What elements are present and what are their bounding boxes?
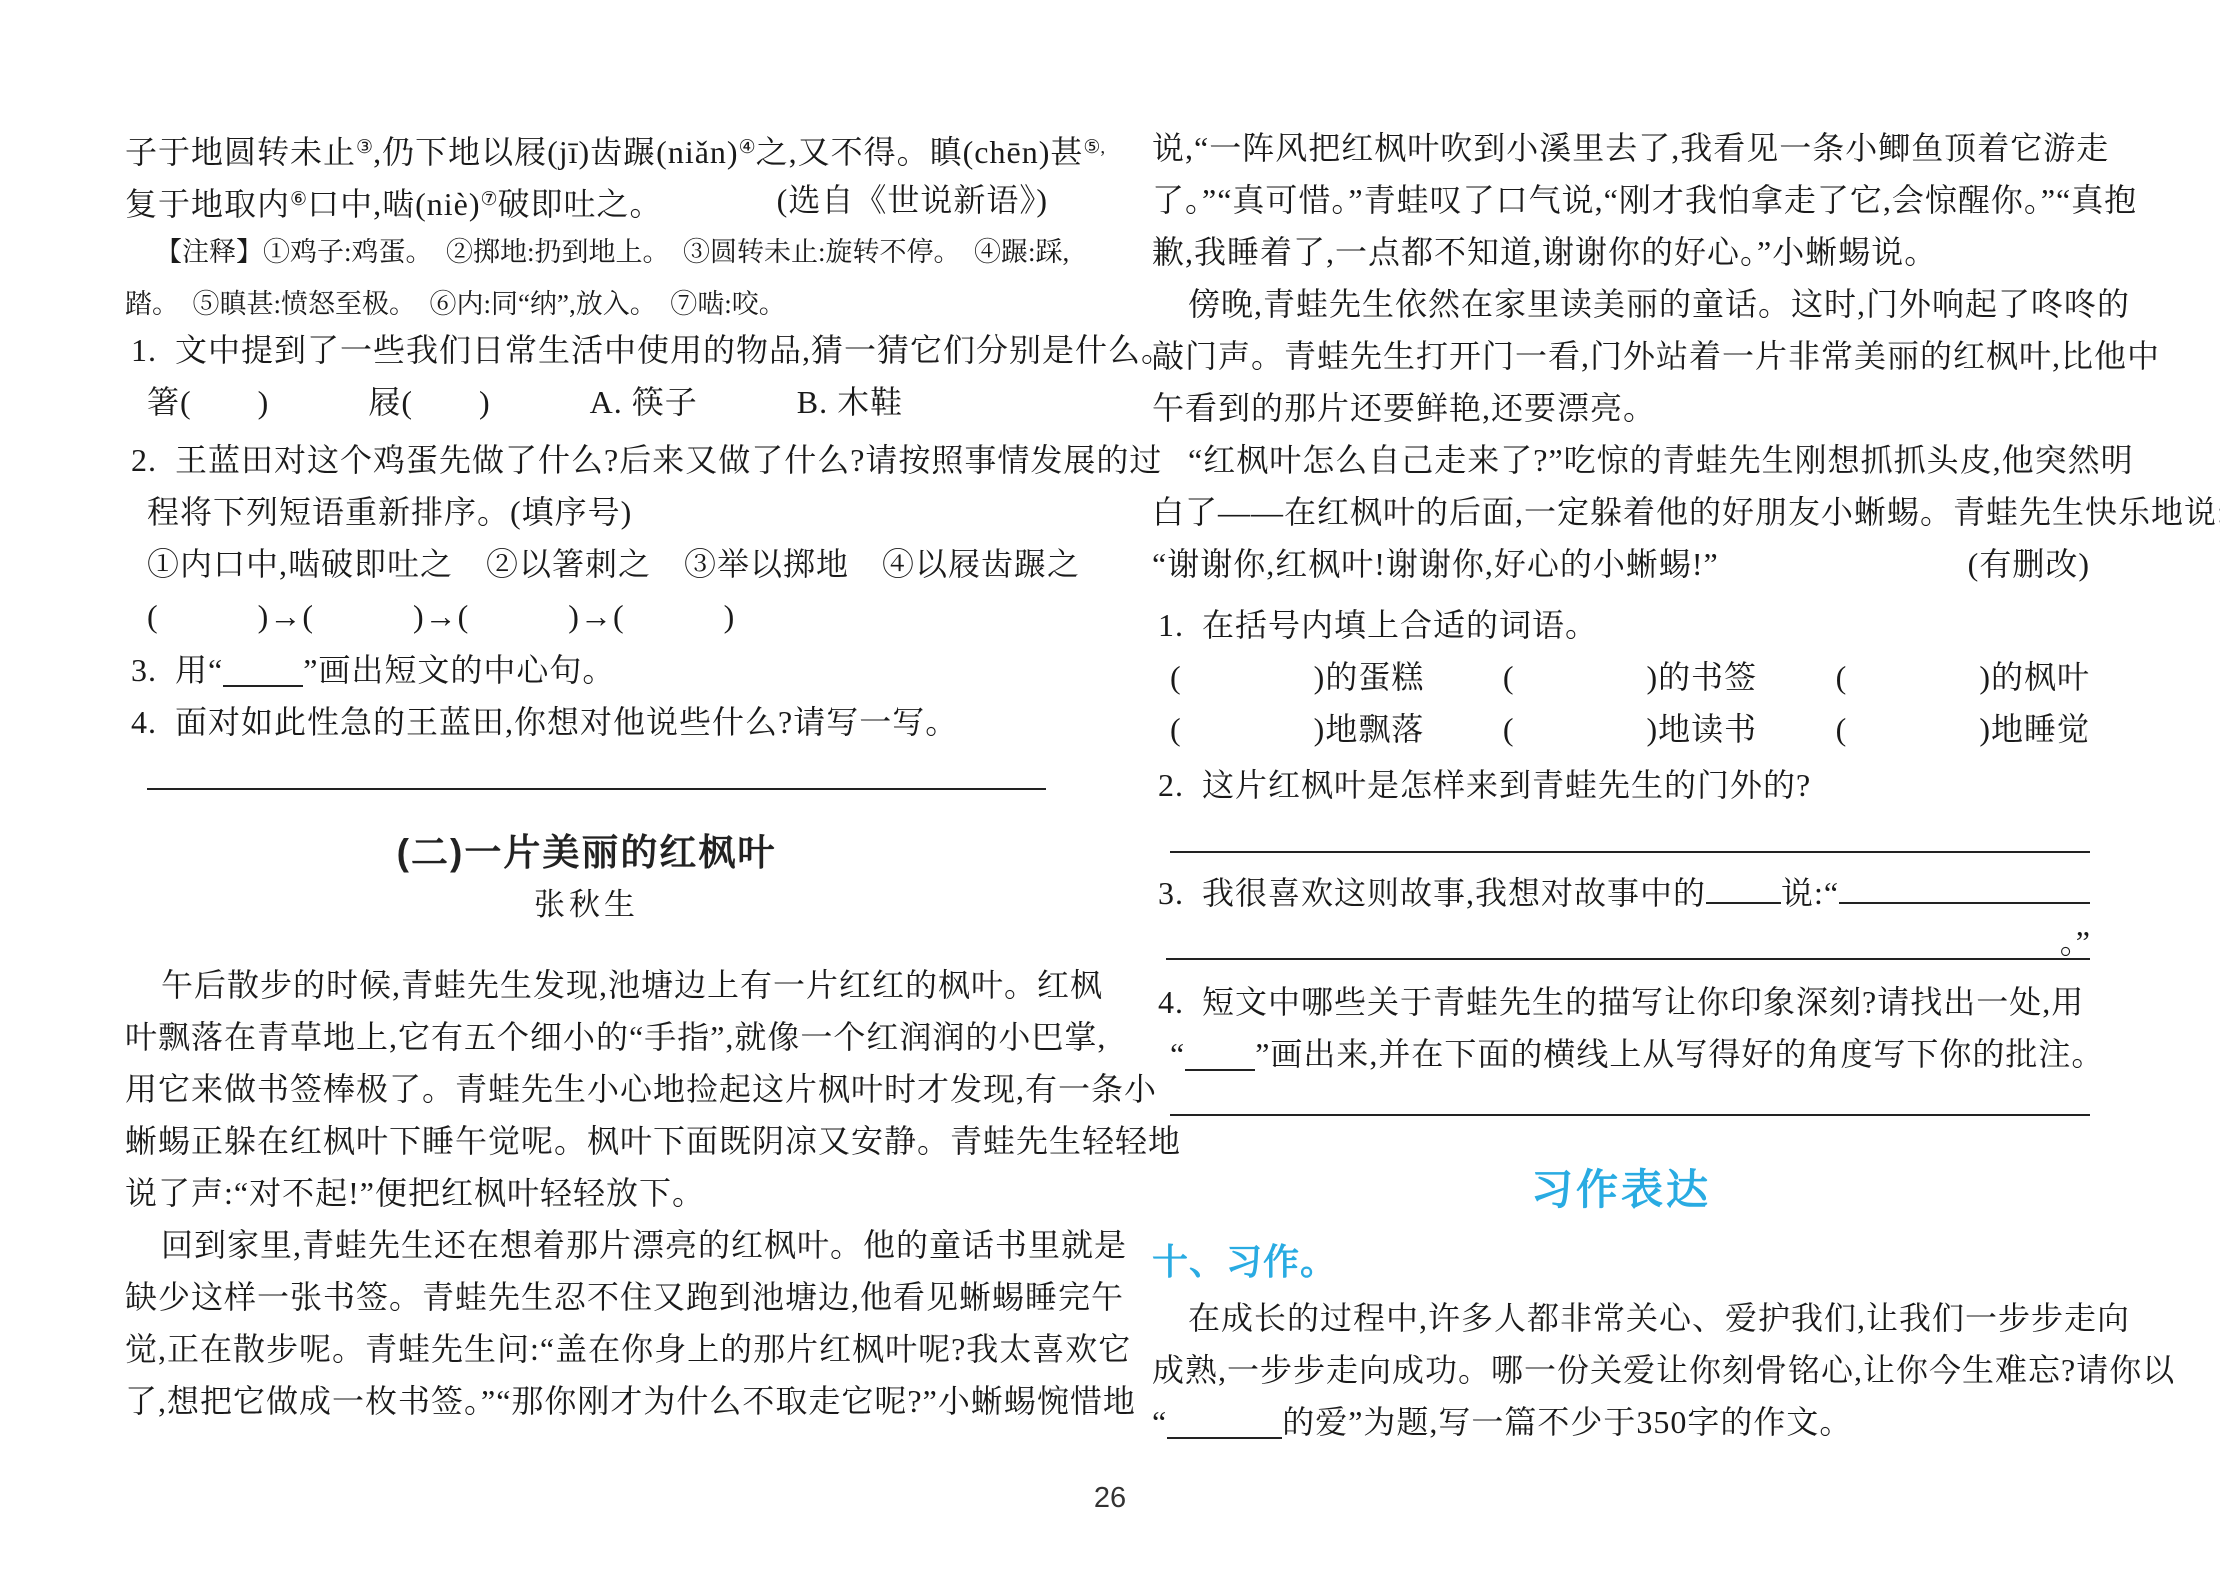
answer-line <box>147 788 1046 790</box>
passage-text: “谢谢你,红枫叶!谢谢你,好心的小蜥蜴!” <box>1152 538 1719 590</box>
question-text: 用“ <box>175 652 223 688</box>
question-text: 在括号内填上合适的词语。 <box>1202 599 1598 651</box>
passage-line: 复于地取内⑥口中,啮(niè)⑦破即吐之。 (选自《世说新语》) <box>125 174 1048 226</box>
page-number: 26 <box>0 1478 2220 1518</box>
blank-line <box>1167 1437 1282 1439</box>
note-ref-6: ⑥ <box>290 189 307 210</box>
question-text: 用“”画出短文的中心句。 <box>175 644 615 696</box>
fill-in-item: ( )的蛋糕 <box>1170 651 1424 703</box>
passage-line: “红枫叶怎么自己走来了?”吃惊的青蛙先生刚想抓抓头皮,他突然明 <box>1152 434 2090 486</box>
r-question-4: 4. 短文中哪些关于青蛙先生的描写让你印象深刻?请找出一处,用 “”画出来,并在… <box>1152 976 2090 1080</box>
blank-line <box>1185 1069 1255 1071</box>
question-3: 3. 用“”画出短文的中心句。 <box>125 644 1048 696</box>
annotations: 【注释】①鸡子:鸡蛋。 ②掷地:扔到地上。 ③圆转未止:旋转不停。 ④蹍:踩, … <box>125 226 1048 330</box>
question-text: 说:“ <box>1781 867 1839 919</box>
prompt-text: “ <box>1152 1404 1167 1440</box>
passage-text: 子于地圆转未止 <box>125 134 356 170</box>
prompt-line: “的爱”为题,写一篇不少于350字的作文。 <box>1152 1396 2090 1448</box>
question-number: 3. <box>125 644 175 696</box>
question-number: 3. <box>1152 867 1202 919</box>
reading2-author: 张秋生 <box>125 882 1048 928</box>
question-number: 4. <box>1152 976 1202 1028</box>
r-question-2: 2. 这片红枫叶是怎样来到青蛙先生的门外的? <box>1152 759 2090 811</box>
question-1: 1. 文中提到了一些我们日常生活中使用的物品,猜一猜它们分别是什么。 箸( ) … <box>125 324 1048 428</box>
passage-line: 说了声:“对不起!”便把红枫叶轻轻放下。 <box>125 1167 1048 1219</box>
blank-line <box>223 685 303 687</box>
question-number: 1. <box>125 324 175 376</box>
question-text: 短文中哪些关于青蛙先生的描写让你印象深刻?请找出一处,用 <box>1202 976 2084 1028</box>
fill-in-row: ( )地飘落 ( )地读书 ( )地睡觉 <box>1152 703 2090 755</box>
passage-line: 歉,我睡着了,一点都不知道,谢谢你的好心。”小蜥蜴说。 <box>1152 226 2090 278</box>
passage-source: (选自《世说新语》) <box>777 174 1048 226</box>
story-continuation: 说,“一阵风把红枫叶吹到小溪里去了,我看见一条小鲫鱼顶着它游走 了。”“真可惜。… <box>1152 122 2090 590</box>
fill-in-row: ( )的蛋糕 ( )的书签 ( )的枫叶 <box>1152 651 2090 703</box>
question-text: 文中提到了一些我们日常生活中使用的物品,猜一猜它们分别是什么。 <box>175 324 1174 376</box>
question-number: 1. <box>1152 599 1202 651</box>
passage-text: 之,又不得。瞋(chēn)甚 <box>756 134 1084 170</box>
passage-line: 白了——在红枫叶的后面,一定躲着他的好朋友小蜥蜴。青蛙先生快乐地说: <box>1152 486 2090 538</box>
passage-line: 子于地圆转未止③,仍下地以屐(jī)齿蹍(niǎn)④之,又不得。瞋(chēn)… <box>125 122 1048 174</box>
reading2-passage: 午后散步的时候,青蛙先生发现,池塘边上有一片红红的枫叶。红枫 叶飘落在青草地上,… <box>125 959 1048 1427</box>
fill-in-item: ( )地飘落 <box>1170 703 1424 755</box>
fill-in-item: ( )地睡觉 <box>1836 703 2090 755</box>
question-text: ”画出短文的中心句。 <box>303 652 615 688</box>
passage-line: 了。”“真可惜。”青蛙叹了口气说,“刚才我怕拿走了它,会惊醒你。”“真抱 <box>1152 174 2090 226</box>
closing-quote: 。” <box>2060 926 2090 958</box>
passage-line: 蜥蜴正躲在红枫叶下睡午觉呢。枫叶下面既阴凉又安静。青蛙先生轻轻地 <box>125 1115 1048 1167</box>
question-text: 程将下列短语重新排序。(填序号) <box>125 486 1048 538</box>
question-text: ”画出来,并在下面的横线上从写得好的角度写下你的批注。 <box>1255 1036 2104 1072</box>
blank-line <box>1706 902 1781 904</box>
fill-in-item: ( )的书签 <box>1503 651 1757 703</box>
answer-line <box>1170 1114 2090 1116</box>
passage-line: 午后散步的时候,青蛙先生发现,池塘边上有一片红红的枫叶。红枫 <box>125 959 1048 1011</box>
question-text: 王蓝田对这个鸡蛋先做了什么?后来又做了什么?请按照事情发展的过 <box>175 434 1162 486</box>
question-text: 这片红枫叶是怎样来到青蛙先生的门外的? <box>1202 759 1811 811</box>
answer-line: 。” <box>1166 919 2090 960</box>
phrase-options: ①内口中,啮破即吐之 ②以箸刺之 ③举以掷地 ④以屐齿蹍之 <box>125 538 1048 590</box>
note-ref-4: ④ <box>739 137 756 158</box>
prompt-text: 的爱”为题,写一篇不少于350字的作文。 <box>1282 1404 1852 1440</box>
passage-text: 破即吐之。 <box>498 186 663 222</box>
r-question-3: 3. 我很喜欢这则故事,我想对故事中的 说:“ 。” <box>1152 867 2090 960</box>
blank-line <box>1839 902 2090 904</box>
passage-line: 了,想把它做成一枚书签。”“那你刚才为什么不取走它呢?”小蜥蜴惋惜地 <box>125 1375 1048 1427</box>
prompt-line: 在成长的过程中,许多人都非常关心、爱护我们,让我们一步步走向 <box>1152 1292 2090 1344</box>
writing-prompt: 在成长的过程中,许多人都非常关心、爱护我们,让我们一步步走向 成熟,一步步走向成… <box>1152 1292 2090 1448</box>
matching-options: 箸( ) 屐( ) A. 筷子 B. 木鞋 <box>125 376 1048 428</box>
fill-in-item: ( )的枫叶 <box>1836 651 2090 703</box>
note-ref-7: ⑦ <box>480 189 497 210</box>
passage-text: 口中,啮(niè) <box>307 186 480 222</box>
question-2: 2. 王蓝田对这个鸡蛋先做了什么?后来又做了什么?请按照事情发展的过 程将下列短… <box>125 434 1048 642</box>
question-text: “”画出来,并在下面的横线上从写得好的角度写下你的批注。 <box>1152 1028 2090 1080</box>
passage-line: 敲门声。青蛙先生打开门一看,门外站着一片非常美丽的红枫叶,比他中 <box>1152 330 2090 382</box>
note-line: 【注释】①鸡子:鸡蛋。 ②掷地:扔到地上。 ③圆转未止:旋转不停。 ④蹍:踩, <box>125 226 1048 278</box>
r-question-1: 1. 在括号内填上合适的词语。 ( )的蛋糕 ( )的书签 ( )的枫叶 ( )… <box>1152 599 2090 755</box>
passage-text: ,仍下地以屐(jī)齿蹍(niǎn) <box>373 134 739 170</box>
writing-section-heading: 习作表达 <box>1152 1162 2090 1218</box>
revision-note: (有删改) <box>1968 538 2090 590</box>
note-ref-3: ③ <box>356 137 373 158</box>
question-4: 4. 面对如此性急的王蓝田,你想对他说些什么?请写一写。 <box>125 696 1048 748</box>
question-number: 2. <box>125 434 175 486</box>
passage-line: 觉,正在散步呢。青蛙先生问:“盖在你身上的那片红枫叶呢?我太喜欢它 <box>125 1323 1048 1375</box>
question-number: 4. <box>125 696 175 748</box>
question-text: 面对如此性急的王蓝田,你想对他说些什么?请写一写。 <box>175 696 958 748</box>
question-text: 我很喜欢这则故事,我想对故事中的 <box>1202 867 1706 919</box>
passage-line: 午看到的那片还要鲜艳,还要漂亮。 <box>1152 382 2090 434</box>
answer-line <box>1170 851 2090 853</box>
note-ref-5: ⑤, <box>1083 137 1105 158</box>
prompt-line: 成熟,一步步走向成功。哪一份关爱让你刻骨铭心,让你今生难忘?请你以 <box>1152 1344 2090 1396</box>
passage-line: 回到家里,青蛙先生还在想着那片漂亮的红枫叶。他的童话书里就是 <box>125 1219 1048 1271</box>
fill-in-item: ( )地读书 <box>1503 703 1757 755</box>
classical-passage: 子于地圆转未止③,仍下地以屐(jī)齿蹍(niǎn)④之,又不得。瞋(chēn)… <box>125 122 1048 226</box>
passage-text: 复于地取内 <box>125 186 290 222</box>
passage-line: 叶飘落在青草地上,它有五个细小的“手指”,就像一个红润润的小巴掌, <box>125 1011 1048 1063</box>
passage-line: 傍晚,青蛙先生依然在家里读美丽的童话。这时,门外响起了咚咚的 <box>1152 278 2090 330</box>
sequence-blanks: ( )→( )→( )→( ) <box>125 590 1048 642</box>
reading2-title: (二)一片美丽的红枫叶 <box>125 826 1048 880</box>
passage-line: 缺少这样一张书签。青蛙先生忍不住又跑到池塘边,他看见蜥蜴睡完午 <box>125 1271 1048 1323</box>
passage-line: 说,“一阵风把红枫叶吹到小溪里去了,我看见一条小鲫鱼顶着它游走 <box>1152 122 2090 174</box>
passage-line: “谢谢你,红枫叶!谢谢你,好心的小蜥蜴!” (有删改) <box>1152 538 2090 590</box>
passage-text: 复于地取内⑥口中,啮(niè)⑦破即吐之。 <box>125 174 663 226</box>
right-column: 说,“一阵风把红枫叶吹到小溪里去了,我看见一条小鲫鱼顶着它游走 了。”“真可惜。… <box>1152 0 2090 1571</box>
writing-task-label: 十、习作。 <box>1152 1237 2090 1287</box>
question-number: 2. <box>1152 759 1202 811</box>
note-line: 踏。 ⑤瞋甚:愤怒至极。 ⑥内:同“纳”,放入。 ⑦啮:咬。 <box>125 278 1048 330</box>
left-column: 子于地圆转未止③,仍下地以屐(jī)齿蹍(niǎn)④之,又不得。瞋(chēn)… <box>125 0 1048 1571</box>
question-text: “ <box>1170 1036 1185 1072</box>
passage-line: 用它来做书签棒极了。青蛙先生小心地捡起这片枫叶时才发现,有一条小 <box>125 1063 1048 1115</box>
